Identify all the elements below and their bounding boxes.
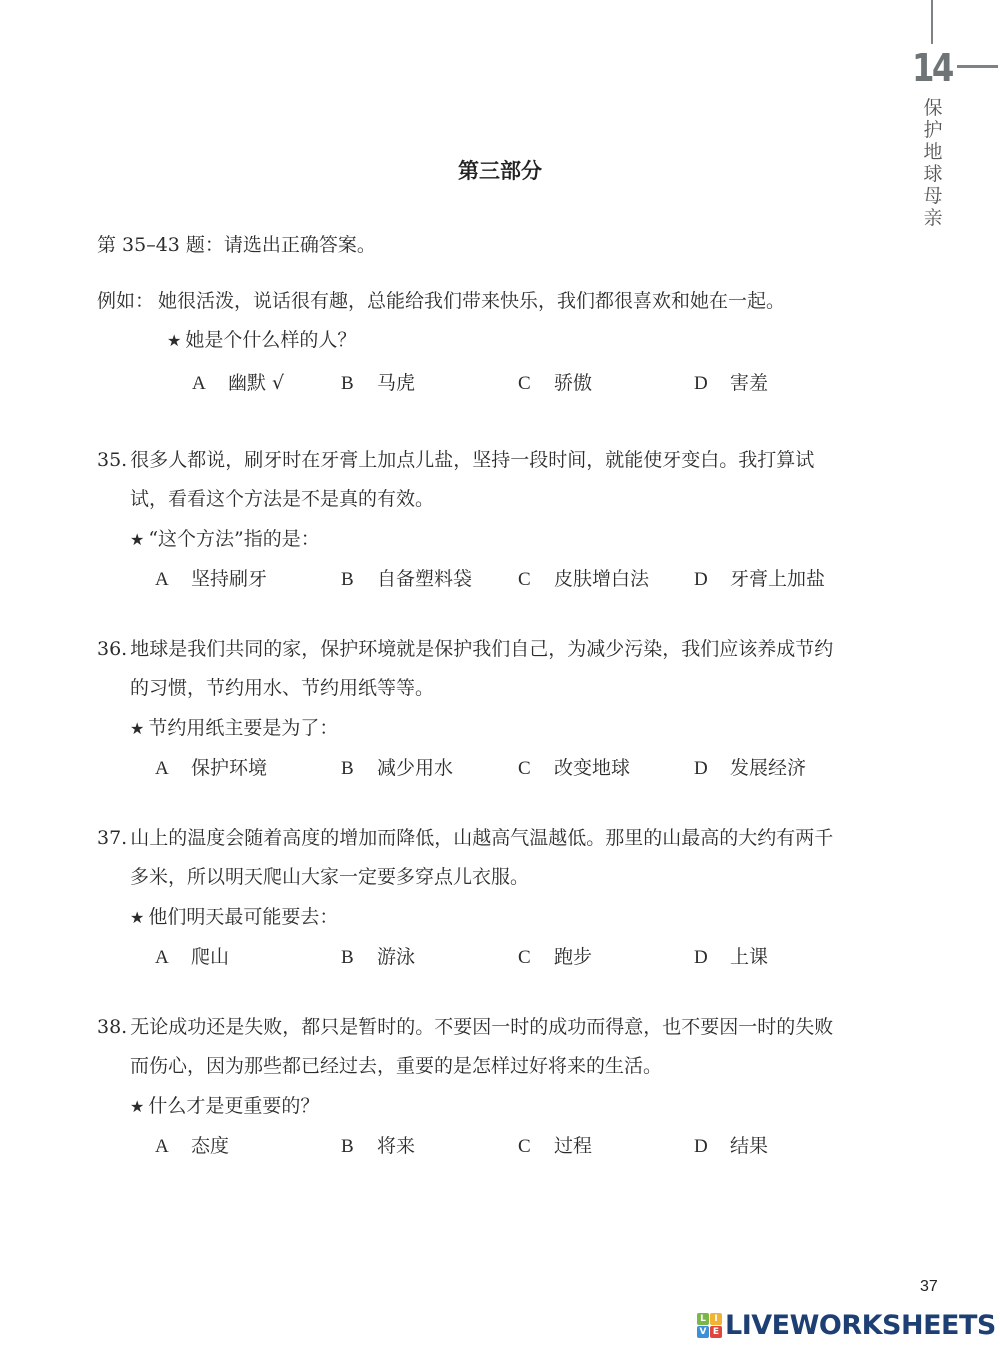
question-35-passage-line-1: 35.很多人都说，刷牙时在牙膏上加点儿盐，坚持一段时间，就能使牙变白。我打算试 [97,447,814,473]
question-37-option-a[interactable]: A爬山 [155,944,229,971]
question-36-passage-line-1: 36.地球是我们共同的家，保护环境就是保护我们自己，为减少污染，我们应该养成节约 [97,636,833,662]
question-37-passage-line-2: 多米，所以明天爬山大家一定要多穿点儿衣服。 [130,864,529,890]
question-36-prompt: ★节约用纸主要是为了： [130,715,338,742]
question-35-option-a[interactable]: A坚持刷牙 [155,566,267,593]
question-37-option-b[interactable]: B游泳 [341,944,415,971]
example-passage: 例如：她很活泼，说话很有趣，总能给我们带来快乐，我们都很喜欢和她在一起。 [97,288,785,314]
question-37-passage-line-1: 37.山上的温度会随着高度的增加而降低，山越高气温越低。那里的山最高的大约有两千 [97,825,833,851]
question-36-passage-line-2: 的习惯，节约用水、节约用纸等等。 [130,675,434,701]
chapter-tab-vertical-line [931,0,933,44]
question-35-option-b[interactable]: B自备塑料袋 [341,566,472,593]
instructions: 第 35–43 题：请选出正确答案。 [97,230,376,257]
star-icon: ★ [130,530,144,549]
question-37-option-d[interactable]: D上课 [694,944,768,971]
question-36-option-a[interactable]: A保护环境 [155,755,267,782]
star-icon: ★ [130,1097,144,1116]
question-36-option-c[interactable]: C改变地球 [518,755,630,782]
question-38-option-b[interactable]: B将来 [341,1133,415,1160]
question-38-option-c[interactable]: C过程 [518,1133,592,1160]
question-36-option-d[interactable]: D发展经济 [694,755,806,782]
question-36-option-b[interactable]: B减少用水 [341,755,453,782]
star-icon: ★ [130,719,144,738]
question-38-passage-line-2: 而伤心，因为那些都已经过去，重要的是怎样过好将来的生活。 [130,1053,662,1079]
question-37-option-c[interactable]: C跑步 [518,944,592,971]
example-option-b[interactable]: B马虎 [341,370,415,397]
example-option-d[interactable]: D害羞 [694,370,768,397]
section-title: 第三部分 [0,155,1000,185]
example-text: 她很活泼，说话很有趣，总能给我们带来快乐，我们都很喜欢和她在一起。 [158,290,785,312]
question-38-passage-line-1: 38.无论成功还是失败，都只是暂时的。不要因一时的成功而得意，也不要因一时的失败 [97,1014,833,1040]
example-option-c[interactable]: C骄傲 [518,370,592,397]
star-icon: ★ [167,331,181,350]
page-number: 37 [920,1278,938,1296]
example-question: ★她是个什么样的人？ [167,327,356,354]
question-35-option-d[interactable]: D牙膏上加盐 [694,566,825,593]
example-label: 例如： [97,290,154,312]
chapter-tab-horizontal-line [957,65,998,68]
chapter-number: 14 [912,48,952,88]
question-37-prompt: ★他们明天最可能要去： [130,904,338,931]
question-38-option-a[interactable]: A态度 [155,1133,229,1160]
question-35-prompt: ★“这个方法”指的是： [130,526,320,553]
question-35-passage-line-2: 试，看看这个方法是不是真的有效。 [130,486,434,512]
example-option-a[interactable]: A幽默 √ [192,370,284,397]
question-35-option-c[interactable]: C皮肤增白法 [518,566,649,593]
star-icon: ★ [130,908,144,927]
liveworksheets-logo-icon: L I V E [697,1313,722,1338]
question-38-option-d[interactable]: D结果 [694,1133,768,1160]
liveworksheets-logo[interactable]: L I V E LIVEWORKSHEETS [697,1310,996,1341]
question-38-prompt: ★什么才是更重要的？ [130,1093,319,1120]
brand-name: LIVEWORKSHEETS [725,1310,996,1341]
